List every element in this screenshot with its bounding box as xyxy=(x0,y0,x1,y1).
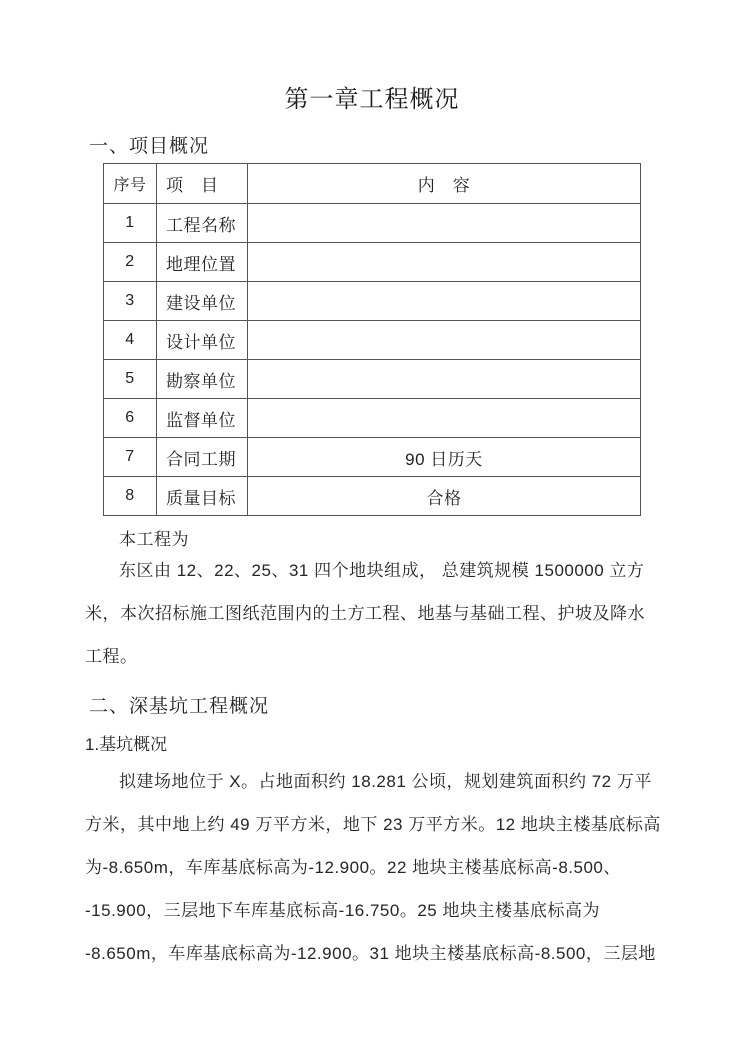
document-page: 第一章工程概况 一、项目概况 序号 项 目 内 容 1工程名称2地理位置3建设单… xyxy=(0,0,744,1052)
header-cell-item: 项 目 xyxy=(157,164,248,204)
text-line: -8.650m，车库基底标高为-12.900。31 地块主楼基底标高-8.500… xyxy=(85,932,663,975)
paragraph-pit-overview: 拟建场地位于 X。占地面积约 18.281 公顷，规划建筑面积约 72 万平方米… xyxy=(85,760,663,975)
row-content-cell: 合格 xyxy=(248,477,641,516)
section-heading-deep-pit: 二、深基坑工程概况 xyxy=(89,694,269,719)
row-item-cell: 建设单位 xyxy=(157,282,248,321)
text-line: 工程。 xyxy=(85,635,663,678)
text-line: 为-8.650m，车库基底标高为-12.900。22 地块主楼基底标高-8.50… xyxy=(85,846,663,889)
text-line: -15.900，三层地下车库基底标高-16.750。25 地块主楼基底标高为 xyxy=(85,889,663,932)
row-number-cell: 6 xyxy=(104,399,157,438)
row-item-cell: 质量目标 xyxy=(157,477,248,516)
table-row: 7合同工期90 日历天 xyxy=(104,438,641,477)
row-content-cell xyxy=(248,399,641,438)
row-content-cell: 90 日历天 xyxy=(248,438,641,477)
row-content-cell xyxy=(248,204,641,243)
row-number-cell: 3 xyxy=(104,282,157,321)
row-number-cell: 4 xyxy=(104,321,157,360)
text-line: 东区由 12、22、25、31 四个地块组成， 总建筑规模 1500000 立方 xyxy=(85,549,663,592)
text-line: 拟建场地位于 X。占地面积约 18.281 公顷，规划建筑面积约 72 万平 xyxy=(85,760,663,803)
paragraph-project-scope: 东区由 12、22、25、31 四个地块组成， 总建筑规模 1500000 立方… xyxy=(85,549,663,678)
table-row: 4设计单位 xyxy=(104,321,641,360)
row-item-cell: 监督单位 xyxy=(157,399,248,438)
table-body: 1工程名称2地理位置3建设单位4设计单位5勘察单位6监督单位7合同工期90 日历… xyxy=(104,204,641,516)
row-content-cell xyxy=(248,243,641,282)
row-item-cell: 勘察单位 xyxy=(157,360,248,399)
table-row: 5勘察单位 xyxy=(104,360,641,399)
text-line: 方米，其中地上约 49 万平方米，地下 23 万平方米。12 地块主楼基底标高 xyxy=(85,803,663,846)
table-row: 1工程名称 xyxy=(104,204,641,243)
row-number-cell: 5 xyxy=(104,360,157,399)
row-item-cell: 合同工期 xyxy=(157,438,248,477)
row-number-cell: 8 xyxy=(104,477,157,516)
row-item-cell: 工程名称 xyxy=(157,204,248,243)
row-number-cell: 7 xyxy=(104,438,157,477)
row-content-cell xyxy=(248,360,641,399)
section-heading-project-overview: 一、项目概况 xyxy=(89,134,209,160)
text-line: 米，本次招标施工图纸范围内的土方工程、地基与基础工程、护坡及降水 xyxy=(85,592,663,635)
row-content-cell xyxy=(248,282,641,321)
table-row: 6监督单位 xyxy=(104,399,641,438)
table-row: 2地理位置 xyxy=(104,243,641,282)
page-title: 第一章工程概况 xyxy=(0,85,744,115)
row-item-cell: 设计单位 xyxy=(157,321,248,360)
row-content-cell xyxy=(248,321,641,360)
subsection-heading-pit-overview: 1.基坑概况 xyxy=(85,734,167,756)
table-header-row: 序号 项 目 内 容 xyxy=(104,164,641,204)
header-cell-number: 序号 xyxy=(104,164,157,204)
project-info-table: 序号 项 目 内 容 1工程名称2地理位置3建设单位4设计单位5勘察单位6监督单… xyxy=(103,163,641,516)
row-item-cell: 地理位置 xyxy=(157,243,248,282)
header-cell-content: 内 容 xyxy=(248,164,641,204)
table-row: 3建设单位 xyxy=(104,282,641,321)
row-number-cell: 1 xyxy=(104,204,157,243)
table-row: 8质量目标合格 xyxy=(104,477,641,516)
row-number-cell: 2 xyxy=(104,243,157,282)
